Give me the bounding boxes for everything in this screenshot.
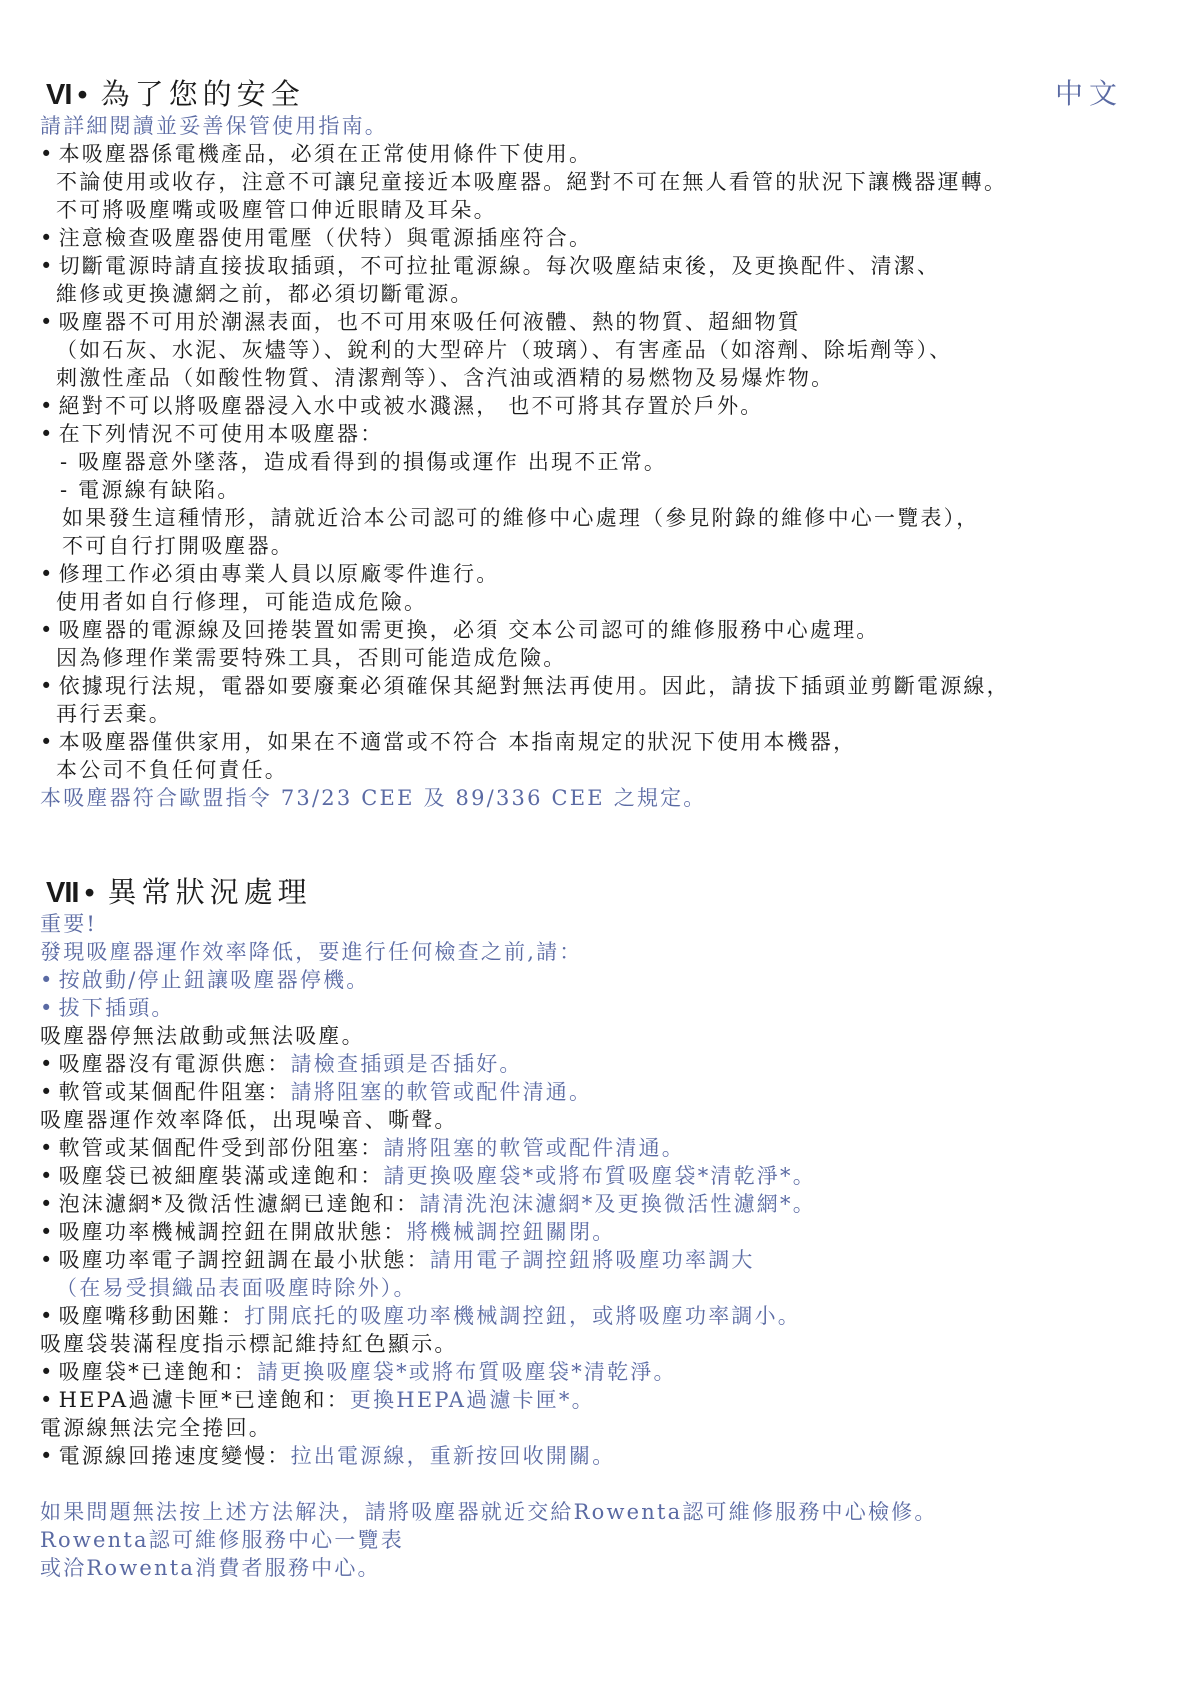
- problem-heading: 吸塵器停無法啟動或無法吸塵。: [40, 1022, 1160, 1050]
- fix-cont: （在易受損織品表面吸塵時除外）。: [40, 1274, 1160, 1302]
- fix: 請用電子調控鈕將吸塵功率調大: [430, 1248, 755, 1272]
- safety-item-cont: 本公司不負任何責任。: [40, 756, 1160, 784]
- troubleshoot-item: 電源線回捲速度變慢：拉出電源線，重新按回收開關。: [40, 1442, 1160, 1470]
- safety-item-cont: 不可將吸塵嘴或吸塵管口伸近眼睛及耳朵。: [40, 196, 1160, 224]
- safety-item: 切斷電源時請直接拔取插頭，不可拉扯電源線。每次吸塵結束後，及更換配件、清潔、: [40, 252, 1160, 280]
- cause: 泡沫濾網*及微活性濾網已達飽和：: [59, 1192, 420, 1216]
- safety-item-cont: 維修或更換濾網之前，都必須切斷電源。: [40, 280, 1160, 308]
- safety-subitem: 電源線有缺陷。: [40, 476, 1160, 504]
- section-number: VII: [46, 877, 78, 909]
- troubleshoot-item: 吸塵袋已被細塵裝滿或達飽和：請更換吸塵袋*或將布質吸塵袋*清乾淨*。: [40, 1162, 1160, 1190]
- fix: 打開底托的吸塵功率機械調控鈕，或將吸塵功率調小。: [244, 1304, 801, 1328]
- troubleshoot-item: 吸塵袋*已達飽和：請更換吸塵袋*或將布質吸塵袋*清乾淨。: [40, 1358, 1160, 1386]
- fix: 將機械調控鈕關閉。: [407, 1220, 616, 1244]
- troubleshoot-item: HEPA過濾卡匣*已達飽和：更換HEPA過濾卡匣*。: [40, 1386, 1160, 1414]
- compliance-note: 本吸塵器符合歐盟指令 73/23 CEE 及 89/336 CEE 之規定。: [40, 784, 1160, 812]
- pre-check-text: 發現吸塵器運作效率降低，要進行任何檢查之前,請：: [40, 938, 1160, 966]
- pre-step: 拔下插頭。: [40, 994, 1160, 1022]
- troubleshoot-item: 泡沫濾網*及微活性濾網已達飽和：請清洗泡沫濾網*及更換微活性濾網*。: [40, 1190, 1160, 1218]
- fix: 請檢查插頭是否插好。: [291, 1052, 523, 1076]
- safety-item: 注意檢查吸塵器使用電壓（伏特）與電源插座符合。: [40, 224, 1160, 252]
- cause: 吸塵袋*已達飽和：: [59, 1360, 257, 1384]
- safety-item: 修理工作必須由專業人員以原廠零件進行。: [40, 560, 1160, 588]
- troubleshoot-item: 軟管或某個配件阻塞：請將阻塞的軟管或配件清通。: [40, 1078, 1160, 1106]
- safety-item-cont: 不論使用或收存，注意不可讓兒童接近本吸塵器。絕對不可在無人看管的狀況下讓機器運轉…: [40, 168, 1160, 196]
- bullet-separator: •: [77, 79, 92, 111]
- safety-item-cont: （如石灰、水泥、灰燼等）、銳利的大型碎片（玻璃）、有害產品（如溶劑、除垢劑等）、: [40, 336, 1160, 364]
- fix: 請將阻塞的軟管或配件清通。: [383, 1136, 685, 1160]
- safety-item: 吸塵器不可用於潮濕表面，也不可用來吸任何液體、熱的物質、超細物質: [40, 308, 1160, 336]
- section-title: 為了您的安全: [101, 77, 305, 111]
- spacer: [40, 1470, 1160, 1498]
- section-7-heading: VII•異常狀況處理: [46, 870, 312, 911]
- fix: 請將阻塞的軟管或配件清通。: [291, 1080, 593, 1104]
- troubleshoot-item: 吸塵功率電子調控鈕調在最小狀態：請用電子調控鈕將吸塵功率調大: [40, 1246, 1160, 1274]
- safety-item: 在下列情況不可使用本吸塵器：: [40, 420, 1160, 448]
- fix: 請更換吸塵袋*或將布質吸塵袋*清乾淨。: [257, 1360, 677, 1384]
- safety-subitem: 吸塵器意外墜落，造成看得到的損傷或運作 出現不正常。: [40, 448, 1160, 476]
- cause: HEPA過濾卡匣*已達飽和：: [59, 1388, 350, 1412]
- safety-item-cont: 如果發生這種情形，請就近洽本公司認可的維修中心處理（參見附錄的維修中心一覽表），: [40, 504, 1160, 532]
- intro-text: 請詳細閱讀並妥善保管使用指南。: [40, 112, 1160, 140]
- manual-page: 中文 VI•為了您的安全 請詳細閱讀並妥善保管使用指南。 本吸塵器係電機產品，必…: [0, 0, 1190, 1684]
- bullet-separator: •: [84, 877, 99, 909]
- troubleshoot-item: 吸塵功率機械調控鈕在開啟狀態：將機械調控鈕關閉。: [40, 1218, 1160, 1246]
- cause: 軟管或某個配件受到部份阻塞：: [59, 1136, 384, 1160]
- cause: 電源線回捲速度變慢：: [59, 1444, 291, 1468]
- safety-item-cont: 刺激性產品（如酸性物質、清潔劑等）、含汽油或酒精的易燃物及易爆炸物。: [40, 364, 1160, 392]
- troubleshoot-item: 軟管或某個配件受到部份阻塞：請將阻塞的軟管或配件清通。: [40, 1134, 1160, 1162]
- troubleshoot-item: 吸塵器沒有電源供應：請檢查插頭是否插好。: [40, 1050, 1160, 1078]
- footer-note: Rowenta認可維修服務中心一覽表: [40, 1526, 1160, 1554]
- section-6-body: 請詳細閱讀並妥善保管使用指南。 本吸塵器係電機產品，必須在正常使用條件下使用。 …: [40, 112, 1160, 812]
- section-7-body: 重要! 發現吸塵器運作效率降低，要進行任何檢查之前,請： 按啟動/停止鈕讓吸塵器…: [40, 910, 1160, 1582]
- cause: 吸塵袋已被細塵裝滿或達飽和：: [59, 1164, 384, 1188]
- safety-item-cont: 因為修理作業需要特殊工具，否則可能造成危險。: [40, 644, 1160, 672]
- fix: 請更換吸塵袋*或將布質吸塵袋*清乾淨*。: [383, 1164, 816, 1188]
- cause: 軟管或某個配件阻塞：: [59, 1080, 291, 1104]
- safety-item-cont: 再行丟棄。: [40, 700, 1160, 728]
- important-label: 重要!: [40, 910, 1160, 938]
- safety-item: 依據現行法規，電器如要廢棄必須確保其絕對無法再使用。因此，請拔下插頭並剪斷電源線…: [40, 672, 1160, 700]
- safety-item: 吸塵器的電源線及回捲裝置如需更換，必須 交本公司認可的維修服務中心處理。: [40, 616, 1160, 644]
- safety-item: 絕對不可以將吸塵器浸入水中或被水濺濕， 也不可將其存置於戶外。: [40, 392, 1160, 420]
- problem-heading: 吸塵袋裝滿程度指示標記維持紅色顯示。: [40, 1330, 1160, 1358]
- fix: 拉出電源線，重新按回收開關。: [291, 1444, 616, 1468]
- footer-note: 或洽Rowenta消費者服務中心。: [40, 1554, 1160, 1582]
- footer-note: 如果問題無法按上述方法解決，請將吸塵器就近交給Rowenta認可維修服務中心檢修…: [40, 1498, 1160, 1526]
- section-title: 異常狀況處理: [108, 875, 312, 909]
- safety-item-cont: 使用者如自行修理，可能造成危險。: [40, 588, 1160, 616]
- safety-item: 本吸塵器係電機產品，必須在正常使用條件下使用。: [40, 140, 1160, 168]
- language-label: 中文: [1055, 72, 1123, 112]
- problem-heading: 電源線無法完全捲回。: [40, 1414, 1160, 1442]
- fix: 更換HEPA過濾卡匣*。: [350, 1388, 595, 1412]
- section-number: VI: [46, 79, 71, 111]
- safety-item: 本吸塵器僅供家用，如果在不適當或不符合 本指南規定的狀況下使用本機器，: [40, 728, 1160, 756]
- pre-step: 按啟動/停止鈕讓吸塵器停機。: [40, 966, 1160, 994]
- troubleshoot-item: 吸塵嘴移動困難：打開底托的吸塵功率機械調控鈕，或將吸塵功率調小。: [40, 1302, 1160, 1330]
- safety-item-cont: 不可自行打開吸塵器。: [40, 532, 1160, 560]
- cause: 吸塵嘴移動困難：: [59, 1304, 245, 1328]
- section-6-heading: VI•為了您的安全: [46, 72, 305, 113]
- cause: 吸塵功率電子調控鈕調在最小狀態：: [59, 1248, 430, 1272]
- cause: 吸塵功率機械調控鈕在開啟狀態：: [59, 1220, 407, 1244]
- problem-heading: 吸塵器運作效率降低，出現噪音、嘶聲。: [40, 1106, 1160, 1134]
- cause: 吸塵器沒有電源供應：: [59, 1052, 291, 1076]
- fix: 請清洗泡沫濾網*及更換微活性濾網*。: [419, 1192, 816, 1216]
